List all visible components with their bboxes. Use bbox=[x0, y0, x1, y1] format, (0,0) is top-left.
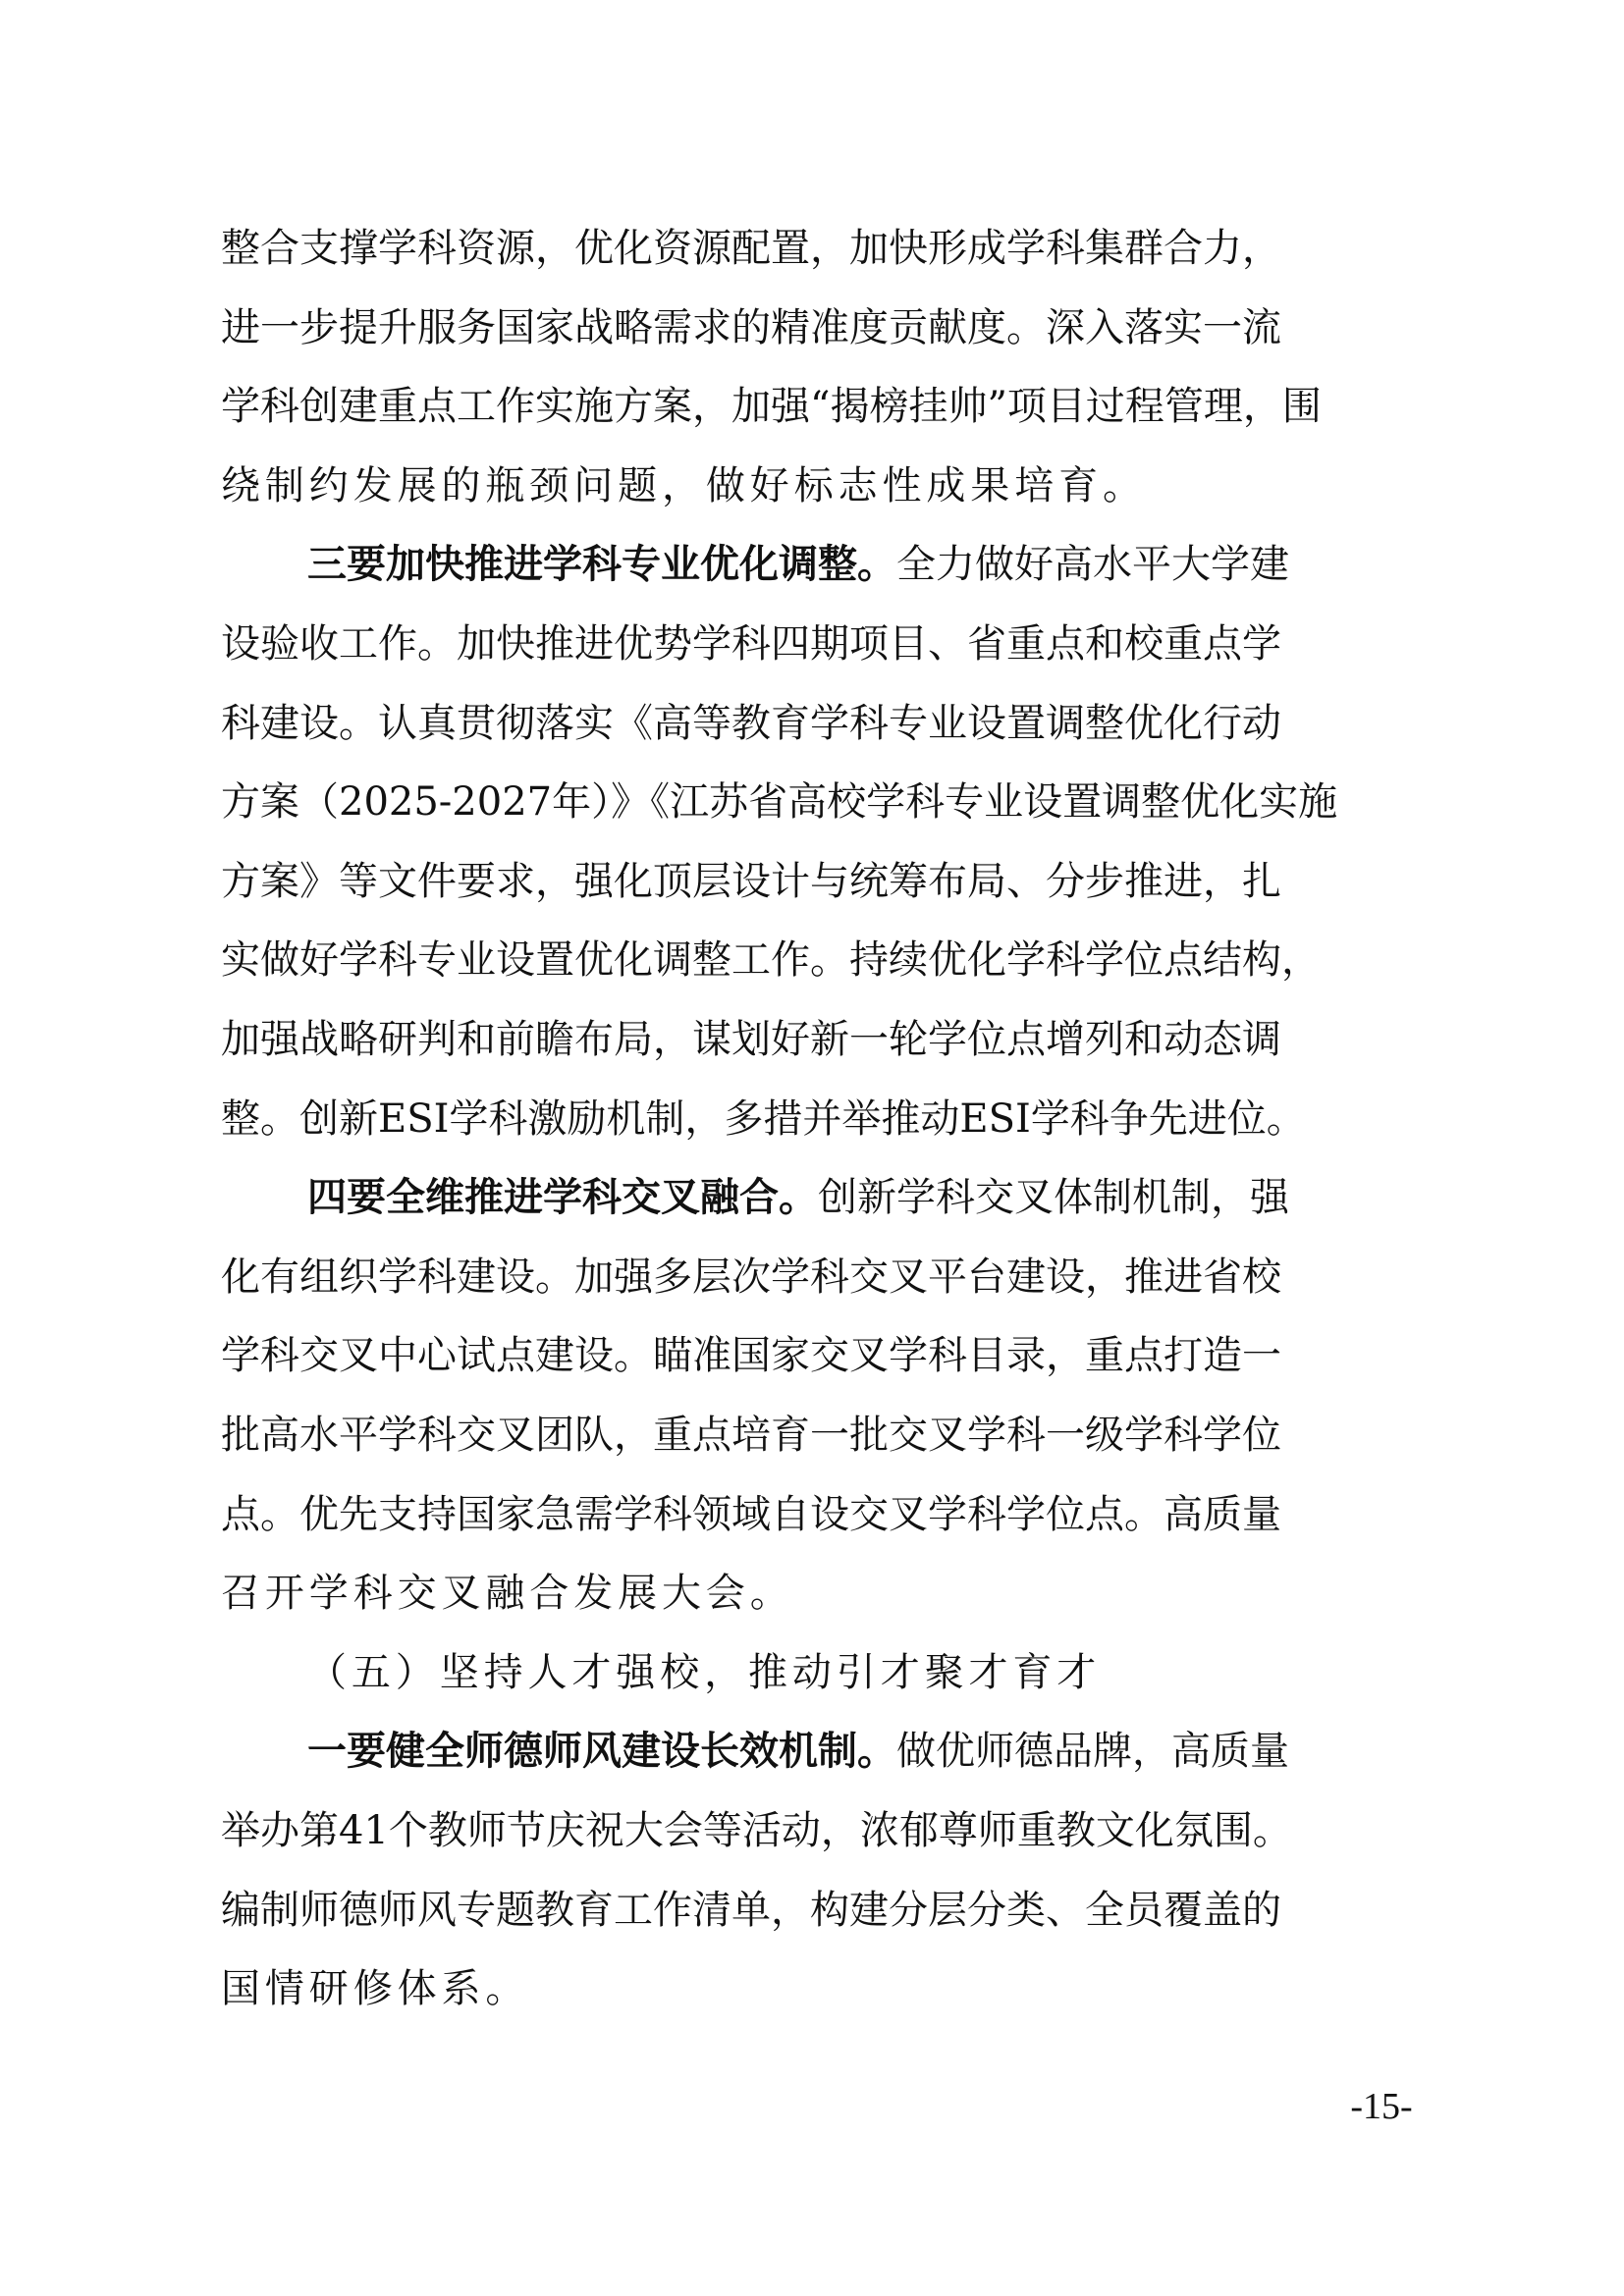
paragraph-text: 加强战略研判和前瞻布局，谋划好新一轮学位点增列和动态调 bbox=[221, 1017, 1281, 1062]
text-line: 方案》等文件要求，强化顶层设计与统筹布局、分步推进，扎 bbox=[221, 858, 1412, 905]
paragraph-text: 绕制约发展的瓶颈问题，做好标志性成果培育。 bbox=[221, 463, 1147, 508]
text-line: 编制师德师风专题教育工作清单，构建分层分类、全员覆盖的 bbox=[221, 1887, 1412, 1934]
text-line: 批高水平学科交叉团队，重点培育一批交叉学科一级学科学位 bbox=[221, 1412, 1412, 1459]
paragraph-text: 化有组织学科建设。加强多层次学科交叉平台建设，推进省校 bbox=[221, 1255, 1281, 1300]
paragraph-text: 举办第41个教师节庆祝大会等活动，浓郁尊师重教文化氛围。 bbox=[221, 1808, 1292, 1853]
text-line: 国情研修体系。 bbox=[221, 1965, 1412, 2012]
text-line: 整。创新ESI学科激励机制，多措并举推动ESI学科争先进位。 bbox=[221, 1095, 1412, 1143]
text-line: 学科创建重点工作实施方案，加强“揭榜挂帅”项目过程管理，围 bbox=[221, 383, 1412, 430]
bold-heading-text: 四要全维推进学科交叉融合。 bbox=[307, 1175, 818, 1220]
text-line: 化有组织学科建设。加强多层次学科交叉平台建设，推进省校 bbox=[221, 1254, 1412, 1301]
paragraph-text: 编制师德师风专题教育工作清单，构建分层分类、全员覆盖的 bbox=[221, 1888, 1281, 1933]
paragraph-text: 整合支撑学科资源，优化资源配置，加快形成学科集群合力， bbox=[221, 226, 1281, 271]
text-line: 进一步提升服务国家战略需求的精准度贡献度。深入落实一流 bbox=[221, 304, 1412, 351]
text-line: 整合支撑学科资源，优化资源配置，加快形成学科集群合力， bbox=[221, 225, 1412, 272]
text-line: 四要全维推进学科交叉融合。创新学科交叉体制机制，强 bbox=[221, 1174, 1412, 1221]
paragraph-text: 方案》等文件要求，强化顶层设计与统筹布局、分步推进，扎 bbox=[221, 859, 1281, 904]
text-line: 学科交叉中心试点建设。瞄准国家交叉学科目录，重点打造一 bbox=[221, 1332, 1412, 1379]
paragraph-text: 方案（2025-2027年）》《江苏省高校学科专业设置调整优化实施 bbox=[221, 779, 1337, 825]
text-line: 实做好学科专业设置优化调整工作。持续优化学科学位点结构， bbox=[221, 936, 1412, 984]
text-line: 点。优先支持国家急需学科领域自设交叉学科学位点。高质量 bbox=[221, 1491, 1412, 1538]
text-line: 加强战略研判和前瞻布局，谋划好新一轮学位点增列和动态调 bbox=[221, 1016, 1412, 1063]
paragraph-text: 实做好学科专业设置优化调整工作。持续优化学科学位点结构， bbox=[221, 937, 1321, 983]
paragraph-text: （五）坚持人才强校，推动引才聚才育才 bbox=[307, 1650, 1101, 1695]
paragraph-text: 学科交叉中心试点建设。瞄准国家交叉学科目录，重点打造一 bbox=[221, 1333, 1281, 1378]
paragraph-text: 学科创建重点工作实施方案，加强“揭榜挂帅”项目过程管理，围 bbox=[221, 384, 1322, 429]
document-page: 整合支撑学科资源，优化资源配置，加快形成学科集群合力，进一步提升服务国家战略需求… bbox=[0, 0, 1624, 2296]
text-line: 科建设。认真贯彻落实《高等教育学科专业设置调整优化行动 bbox=[221, 700, 1412, 747]
text-line: 举办第41个教师节庆祝大会等活动，浓郁尊师重教文化氛围。 bbox=[221, 1807, 1412, 1854]
paragraph-text: 做优师德品牌，高质量 bbox=[896, 1729, 1289, 1774]
text-line: （五）坚持人才强校，推动引才聚才育才 bbox=[221, 1649, 1412, 1696]
paragraph-text: 进一步提升服务国家战略需求的精准度贡献度。深入落实一流 bbox=[221, 305, 1281, 350]
text-line: 三要加快推进学科专业优化调整。全力做好高水平大学建 bbox=[221, 541, 1412, 588]
page-number: -15- bbox=[1337, 2083, 1426, 2130]
text-line: 召开学科交叉融合发展大会。 bbox=[221, 1570, 1412, 1617]
text-line: 绕制约发展的瓶颈问题，做好标志性成果培育。 bbox=[221, 462, 1412, 509]
paragraph-text: 创新学科交叉体制机制，强 bbox=[818, 1175, 1289, 1220]
text-line: 方案（2025-2027年）》《江苏省高校学科专业设置调整优化实施 bbox=[221, 778, 1412, 826]
paragraph-text: 科建设。认真贯彻落实《高等教育学科专业设置调整优化行动 bbox=[221, 701, 1281, 746]
paragraph-text: 全力做好高水平大学建 bbox=[896, 542, 1289, 587]
paragraph-text: 召开学科交叉融合发展大会。 bbox=[221, 1571, 794, 1616]
paragraph-text: 整。创新ESI学科激励机制，多措并举推动ESI学科争先进位。 bbox=[221, 1096, 1306, 1142]
paragraph-text: 点。优先支持国家急需学科领域自设交叉学科学位点。高质量 bbox=[221, 1492, 1281, 1537]
paragraph-text: 国情研修体系。 bbox=[221, 1966, 529, 2011]
text-line: 设验收工作。加快推进优势学科四期项目、省重点和校重点学 bbox=[221, 620, 1412, 667]
text-line: 一要健全师德师风建设长效机制。做优师德品牌，高质量 bbox=[221, 1728, 1412, 1775]
bold-heading-text: 三要加快推进学科专业优化调整。 bbox=[307, 542, 896, 587]
paragraph-text: 设验收工作。加快推进优势学科四期项目、省重点和校重点学 bbox=[221, 621, 1281, 667]
bold-heading-text: 一要健全师德师风建设长效机制。 bbox=[307, 1729, 896, 1774]
paragraph-text: 批高水平学科交叉团队，重点培育一批交叉学科一级学科学位 bbox=[221, 1413, 1281, 1458]
